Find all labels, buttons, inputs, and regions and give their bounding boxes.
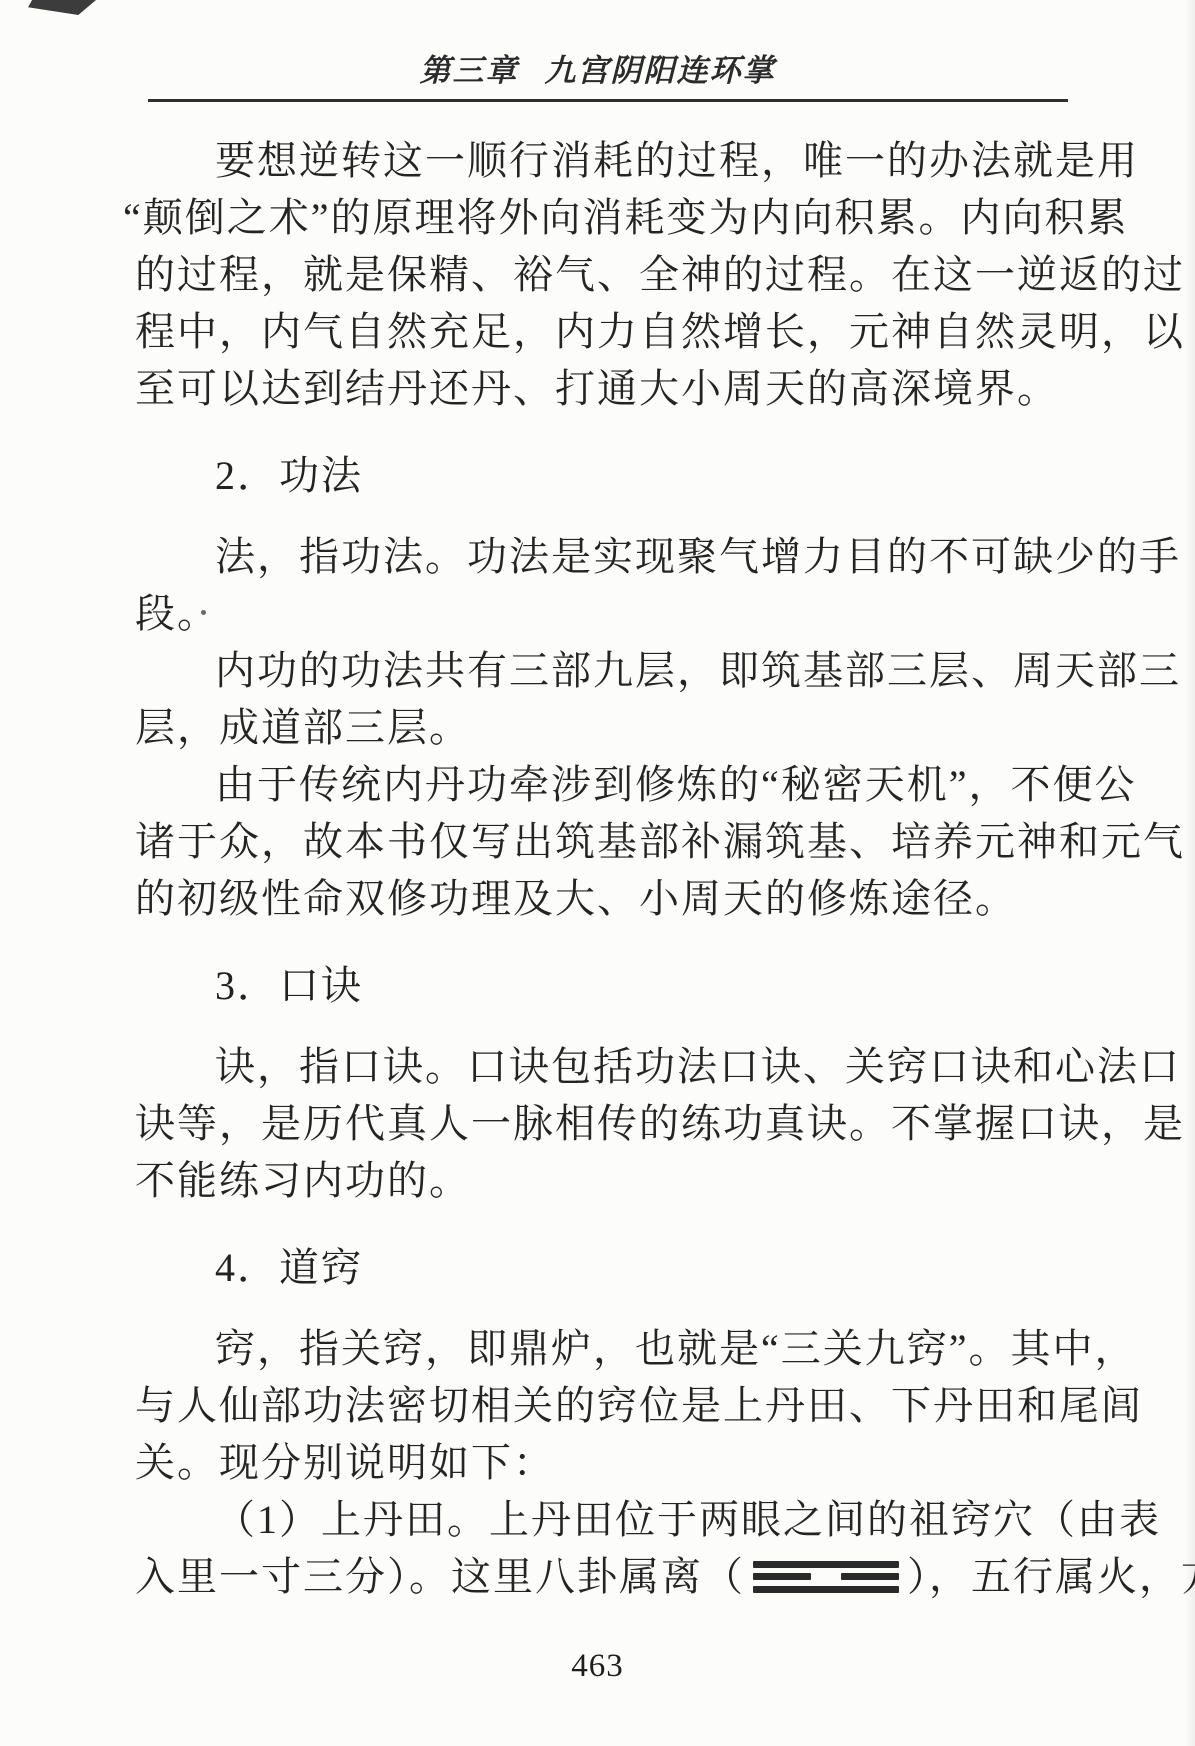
text-line: 与人仙部功法密切相关的窍位是上丹田、下丹田和尾闾 [135,1377,1065,1434]
paragraph: 由于传统内丹功牵涉到修炼的“秘密天机”，不便公 诸于众，故本书仅写出筑基部补漏筑… [135,756,1065,927]
paragraph: 窍，指关窍，即鼎炉，也就是“三关九窍”。其中， 与人仙部功法密切相关的窍位是上丹… [135,1320,1065,1491]
text-line: （1）上丹田。上丹田位于两眼之间的祖窍穴（由表 [135,1491,1065,1548]
section-heading-daoqiao: 4．道窍 [135,1239,1065,1296]
text-line: 由于传统内丹功牵涉到修炼的“秘密天机”，不便公 [135,756,1065,813]
text-line: 程中，内气自然充足，内力自然增长，元神自然灵明，以 [135,303,1065,360]
trigram-line-post-text: ），五行属火，方 [907,1548,1195,1605]
text-line: 诀，指口诀。口诀包括功法口诀、关窍口诀和心法口 [135,1038,1065,1095]
page-content: 要想逆转这一顺行消耗的过程，唯一的办法就是用 “颠倒之术”的原理将外向消耗变为内… [135,132,1065,1605]
book-page: 第三章九宫阴阳连环掌 要想逆转这一顺行消耗的过程，唯一的办法就是用 “颠倒之术”… [0,0,1195,1746]
scan-corner-artifact [28,0,96,15]
trigram-line-pre-text: 入里一寸三分）。这里八卦属离（ [135,1548,745,1605]
text-line: 关。现分别说明如下： [135,1434,1065,1491]
text-line: 至可以达到结丹还丹、打通大小周天的高深境界。 [135,360,1065,417]
text-line: 诸于众，故本书仅写出筑基部补漏筑基、培养元神和元气 [135,813,1065,870]
text-line: 不能练习内功的。 [135,1152,1065,1209]
text-line: 的过程，就是保精、裕气、全神的过程。在这一逆返的过 [135,246,1065,303]
paragraph: 内功的功法共有三部九层，即筑基部三层、周天部三 层，成道部三层。 [135,642,1065,756]
text-line: 内功的功法共有三部九层，即筑基部三层、周天部三 [135,642,1065,699]
paragraph: 要想逆转这一顺行消耗的过程，唯一的办法就是用 “颠倒之术”的原理将外向消耗变为内… [135,132,1065,417]
trigram-bar-solid-top [753,1561,899,1568]
text-line: 段。 [135,585,1065,642]
paragraph: （1）上丹田。上丹田位于两眼之间的祖窍穴（由表 入里一寸三分）。这里八卦属离（ … [135,1491,1065,1605]
chapter-label: 第三章 [420,53,519,88]
paragraph: 法，指功法。功法是实现聚气增力目的不可缺少的手 段。 [135,528,1065,642]
text-line: 窍，指关窍，即鼎炉，也就是“三关九窍”。其中， [135,1320,1065,1377]
ink-speck [201,610,206,615]
section-heading-koujue: 3．口诀 [135,957,1065,1014]
chapter-title: 九宫阴阳连环掌 [545,53,776,88]
text-line: 的初级性命双修功理及大、小周天的修炼途径。 [135,870,1065,927]
text-line: 要想逆转这一顺行消耗的过程，唯一的办法就是用 [135,132,1065,189]
text-line: “颠倒之术”的原理将外向消耗变为内向积累。内向积累 [123,189,1065,246]
section-heading-gongfa: 2．功法 [135,447,1065,504]
text-line: 诀等，是历代真人一脉相传的练功真诀。不掌握口诀，是 [135,1095,1065,1152]
header-rule [148,99,1068,102]
page-number: 463 [0,1648,1195,1685]
running-header: 第三章九宫阴阳连环掌 [0,50,1195,92]
trigram-bar-broken-middle [753,1573,899,1580]
li-trigram-icon [753,1559,899,1595]
text-line: 层，成道部三层。 [135,699,1065,756]
trigram-bar-solid-bottom [753,1586,899,1593]
text-line: 法，指功法。功法是实现聚气增力目的不可缺少的手 [135,528,1065,585]
paragraph: 诀，指口诀。口诀包括功法口诀、关窍口诀和心法口 诀等，是历代真人一脉相传的练功真… [135,1038,1065,1209]
text-line-with-trigram: 入里一寸三分）。这里八卦属离（ ），五行属火，方 [135,1548,1065,1605]
